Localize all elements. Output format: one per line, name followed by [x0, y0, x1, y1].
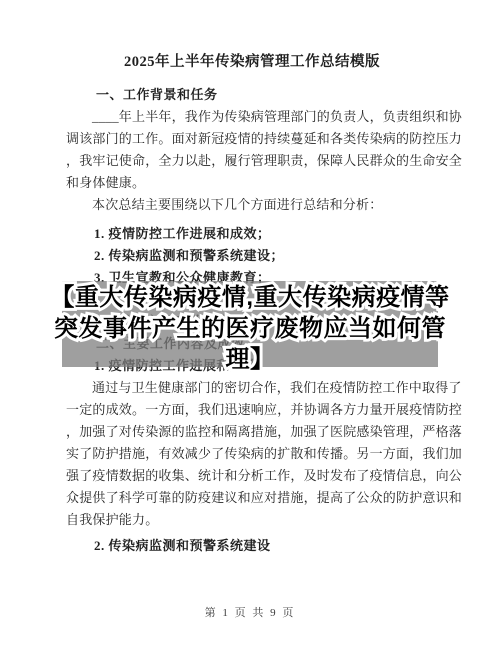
text-line: 强了疫情数据的收集、统计和分析工作，及时发布了疫情信息，向公: [66, 465, 438, 487]
document-title: 2025年上半年传染病管理工作总结模版: [66, 52, 438, 72]
gray-overlay-band: [62, 281, 438, 367]
text-line: ____年上半年，我作为传染病管理部门的负责人，负责组织和协: [66, 106, 438, 128]
text-line: 和身体健康。: [66, 172, 438, 194]
page-number-footer: 第 1 页 共 9 页: [0, 604, 500, 620]
text-line: 2. 传染病监测和预警系统建设；: [94, 245, 438, 267]
paragraph-1: ____年上半年，我作为传染病管理部门的负责人，负责组织和协调该部门的工作。面对…: [66, 106, 438, 194]
text-line: ，我牢记使命，全力以赴，履行管理职责，保障人民群众的生命安全: [66, 150, 438, 172]
paragraph-2: 本次总结主要围绕以下几个方面进行总结和分析：: [66, 194, 438, 216]
text-line: 通过与卫生健康部门的密切合作，我们在疫情防控工作中取得了: [66, 377, 438, 399]
text-line: 调该部门的工作。面对新冠疫情的持续蔓延和各类传染病的防控压力: [66, 128, 438, 150]
text-line: 自我保护能力。: [66, 509, 438, 531]
document-page: 2025年上半年传染病管理工作总结模版 一、工作背景和任务 ____年上半年，我…: [0, 0, 500, 647]
section1-heading: 一、工作背景和任务: [66, 84, 438, 106]
sub2-heading: 2. 传染病监测和预警系统建设: [94, 535, 438, 557]
text-line: 众提供了科学可靠的防疫建议和应对措施，提高了公众的防护意识和: [66, 487, 438, 509]
summary-list: 1. 疫情防控工作进展和成效；2. 传染病监测和预警系统建设；3. 卫生宣教和公…: [66, 223, 438, 289]
text-line: ，加强了对传染源的监控和隔离措施，加强了医院感染管理，严格落: [66, 421, 438, 443]
text-line: 一定的成效。一方面，我们迅速响应，并协调各方力量开展疫情防控: [66, 399, 438, 421]
text-line: 1. 疫情防控工作进展和成效；: [94, 223, 438, 245]
paragraph-3: 通过与卫生健康部门的密切合作，我们在疫情防控工作中取得了一定的成效。一方面，我们…: [66, 377, 438, 531]
text-line: 实了防护措施，有效减少了传染病的扩散和传播。另一方面，我们加: [66, 443, 438, 465]
